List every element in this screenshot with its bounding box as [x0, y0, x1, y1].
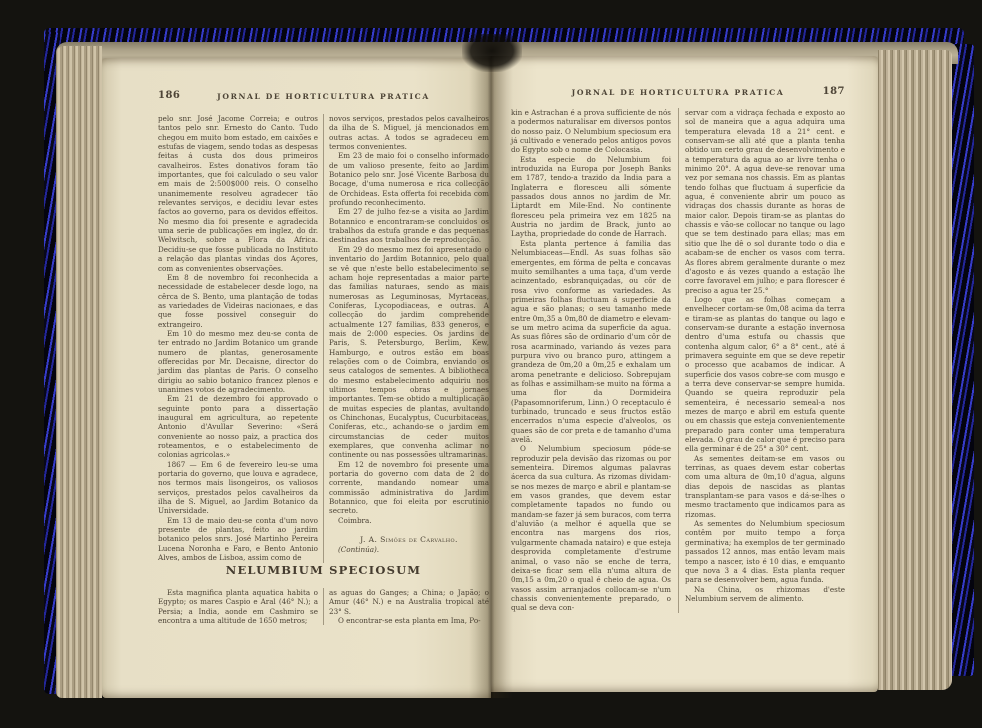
- paragraph: Esta magnifica planta aquatica habita o …: [158, 588, 318, 625]
- paragraph: O encontrar-se esta planta em Ima, Po-: [329, 616, 489, 625]
- paragraph: O Nelumbium speciosum póde-se reproduzir…: [511, 444, 671, 612]
- paragraph: As sementes deitam-se em vasos ou terrin…: [685, 454, 845, 519]
- paragraph: Em 29 do mesmo mez foi apresentado o inv…: [329, 245, 489, 460]
- right-page-number: 187: [823, 86, 845, 97]
- paragraph: kin e Astrachan é a prova sufficiente de…: [511, 108, 671, 155]
- article-signature: J. A. Simões de Carvalho.: [329, 535, 489, 544]
- paragraph: Em 13 de maio deu-se conta d'um novo pre…: [158, 516, 318, 563]
- paragraph: pelo snr. José Jacome Correia; e outros …: [158, 114, 318, 273]
- paragraph: Em 10 do mesmo mez deu-se conta de ter e…: [158, 329, 318, 394]
- left-page-columns: pelo snr. José Jacome Correia; e outros …: [158, 114, 489, 563]
- left-column-1: pelo snr. José Jacome Correia; e outros …: [158, 114, 318, 563]
- paragraph: 1867 — Em 6 de fevereiro leu-se uma port…: [158, 460, 318, 516]
- paragraph: Em 23 de maio foi o conselho informado d…: [329, 151, 489, 207]
- paragraph: Coimbra.: [329, 516, 489, 525]
- paragraph: Em 21 de dezembro foi approvado o seguin…: [158, 394, 318, 459]
- left-page-header: 186 JORNAL DE HORTICULTURA PRATICA: [158, 92, 489, 101]
- paragraph: Em 8 de novembro foi reconhecida a neces…: [158, 273, 318, 329]
- left-page: 186 JORNAL DE HORTICULTURA PRATICA pelo …: [102, 58, 491, 698]
- continua-note: (Continúa).: [329, 545, 489, 554]
- paragraph: Logo que as folhas começam a envelhecer …: [685, 295, 845, 454]
- paragraph: Esta especie do Nelumbium foi introduzid…: [511, 155, 671, 239]
- paragraph: Em 12 de novembro foi presente uma porta…: [329, 460, 489, 516]
- right-page: JORNAL DE HORTICULTURA PRATICA 187 kin e…: [491, 56, 878, 692]
- book: 186 JORNAL DE HORTICULTURA PRATICA pelo …: [44, 28, 974, 704]
- paragraph: as aguas do Ganges; a China; o Japão; o …: [329, 588, 489, 616]
- right-column-1: kin e Astrachan é a prova sufficiente de…: [511, 108, 671, 613]
- paragraph: As sementes do Nelumbium speciosum contê…: [685, 519, 845, 584]
- paragraph: Esta planta pertence á familia das Nelum…: [511, 239, 671, 445]
- right-column-2: servar com a vidraça fechada e exposto a…: [678, 108, 845, 613]
- left-running-title: JORNAL DE HORTICULTURA PRATICA: [217, 92, 430, 101]
- section-columns: Esta magnifica planta aquatica habita o …: [158, 588, 489, 625]
- left-page-number: 186: [158, 90, 180, 101]
- paragraph: Na China, os rhizomas d'este Nelumbium s…: [685, 585, 845, 604]
- left-column-2-text: novos serviços, prestados pelos cavalhei…: [329, 114, 489, 525]
- page-edges-right: [878, 50, 952, 690]
- section-column-1: Esta magnifica planta aquatica habita o …: [158, 588, 318, 625]
- page-edges-left: [56, 46, 102, 698]
- section-heading: NELUMBIUM SPECIOSUM: [158, 563, 489, 577]
- paragraph: novos serviços, prestados pelos cavalhei…: [329, 114, 489, 151]
- left-column-2: novos serviços, prestados pelos cavalhei…: [323, 114, 489, 563]
- paragraph: servar com a vidraça fechada e exposto a…: [685, 108, 845, 295]
- section-column-2: as aguas do Ganges; a China; o Japão; o …: [323, 588, 489, 625]
- paragraph: Em 27 de julho fez-se a visita ao Jardim…: [329, 207, 489, 244]
- right-page-header: JORNAL DE HORTICULTURA PRATICA 187: [511, 88, 845, 97]
- right-running-title: JORNAL DE HORTICULTURA PRATICA: [572, 88, 785, 97]
- right-page-columns: kin e Astrachan é a prova sufficiente de…: [511, 108, 845, 613]
